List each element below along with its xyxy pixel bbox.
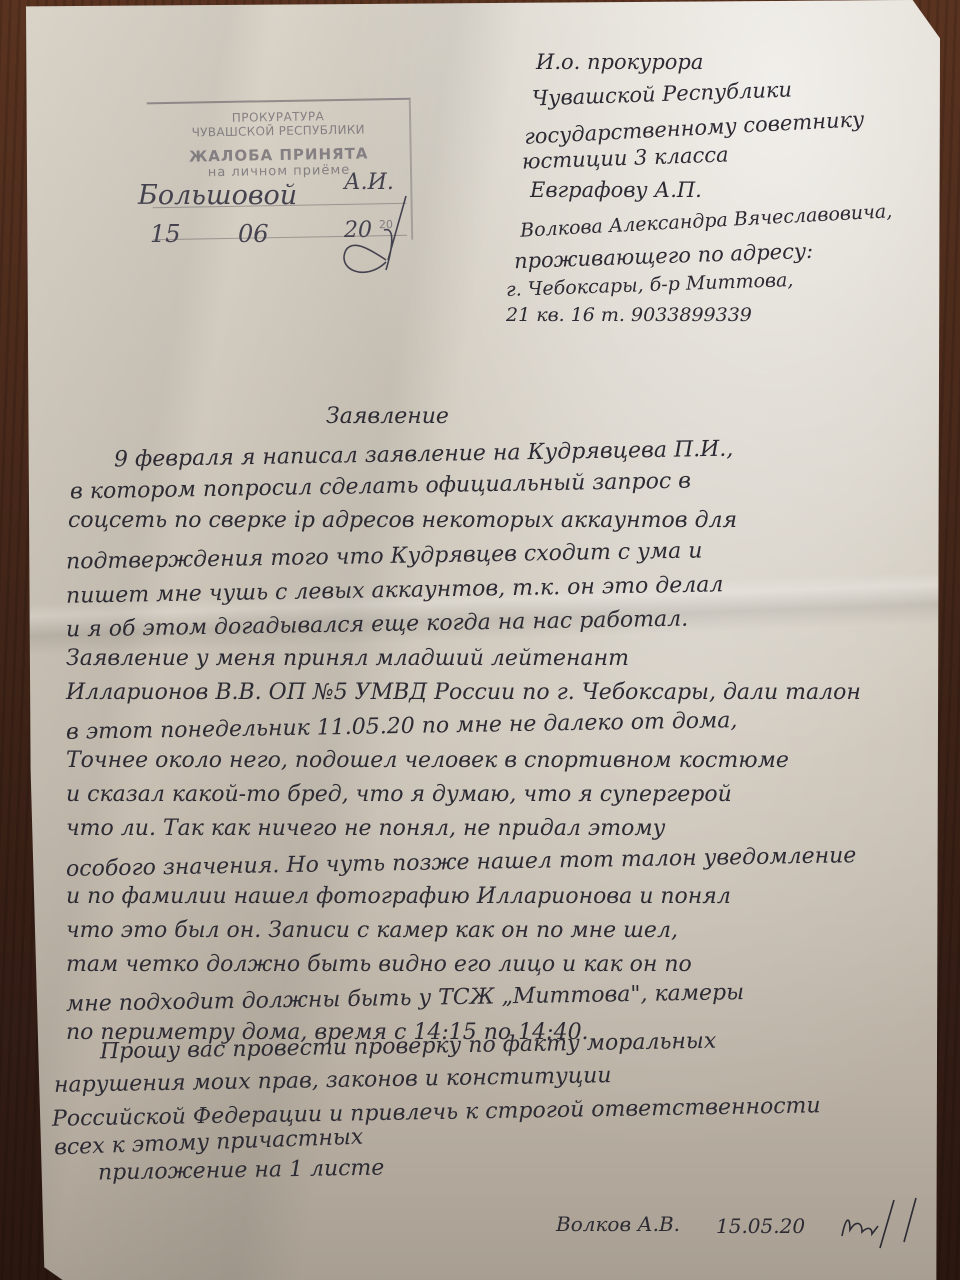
addressee-line: Волкова Александра Вячеславовича, <box>520 202 893 240</box>
body-line: Заявление у меня принял младший лейтенан… <box>66 646 629 671</box>
body-line: подтверждения того что Кудрявцев сходит … <box>66 538 703 574</box>
document-page: ПРОКУРАТУРА ЧУВАШСКОЙ РЕСПУБЛИКИ ЖАЛОБА … <box>26 0 940 1280</box>
body-line: пишет мне чушь с левых аккаунтов, т.к. о… <box>66 572 724 608</box>
document-title: Заявление <box>326 404 449 429</box>
stamp-month: 06 <box>238 220 269 248</box>
stamp-day: 15 <box>150 220 181 248</box>
body-line: в котором попросил сделать официальный з… <box>70 469 691 505</box>
body-line: мне подходит должны быть у ТСЖ „Миттова"… <box>66 980 744 1017</box>
addressee-line: государственному советнику <box>524 109 865 148</box>
request-line: Российской Федерации и привлечь к строго… <box>52 1093 821 1131</box>
body-line: и по фамилии нашел фотографию Илларионов… <box>66 884 731 909</box>
body-line: и сказал какой-то бред, что я думаю, что… <box>66 782 732 807</box>
addressee-line: юстиции 3 класса <box>522 144 729 172</box>
body-line: что ли. Так как ничего не понял, не прид… <box>66 816 665 841</box>
body-line: что это был он. Записи с камер как он по… <box>66 918 678 943</box>
addressee-line: И.о. прокурора <box>536 52 703 73</box>
signer-name: Волков А.В. <box>556 1212 680 1236</box>
signature-icon <box>326 190 416 280</box>
sign-date: 15.05.20 <box>716 1214 805 1238</box>
addressee-line: г. Чебоксары, б-р Миттова, <box>506 271 794 300</box>
attachment-note: приложение на 1 листе <box>98 1156 385 1186</box>
addressee-line: Чувашской Республики <box>532 79 793 109</box>
addressee-line: проживающего по адресу: <box>514 241 814 272</box>
request-line: нарушения моих прав, законов и конституц… <box>54 1063 612 1098</box>
body-line: и я об этом догадывался еще когда на нас… <box>66 607 688 643</box>
body-line: соцсеть по сверке ip адресов некоторых а… <box>68 508 737 533</box>
body-line: там четко должно быть видно его лицо и к… <box>66 952 692 977</box>
body-line: Илларионов В.В. ОП №5 УМВД России по г. … <box>66 680 861 705</box>
stamp-handwritten-name: Большовой <box>138 180 297 211</box>
body-line: 9 февраля я написал заявление на Кудрявц… <box>114 437 734 473</box>
signature-icon <box>836 1196 926 1252</box>
body-line: в этот понедельник 11.05.20 по мне не да… <box>66 708 738 745</box>
addressee-line: 21 кв. 16 т. 9033899339 <box>506 306 752 325</box>
body-line: особого значения. Но чуть позже нашел то… <box>66 843 857 882</box>
body-line: Точнее около него, подошел человек в спо… <box>66 748 789 773</box>
addressee-line: Евграфову А.П. <box>530 180 702 201</box>
